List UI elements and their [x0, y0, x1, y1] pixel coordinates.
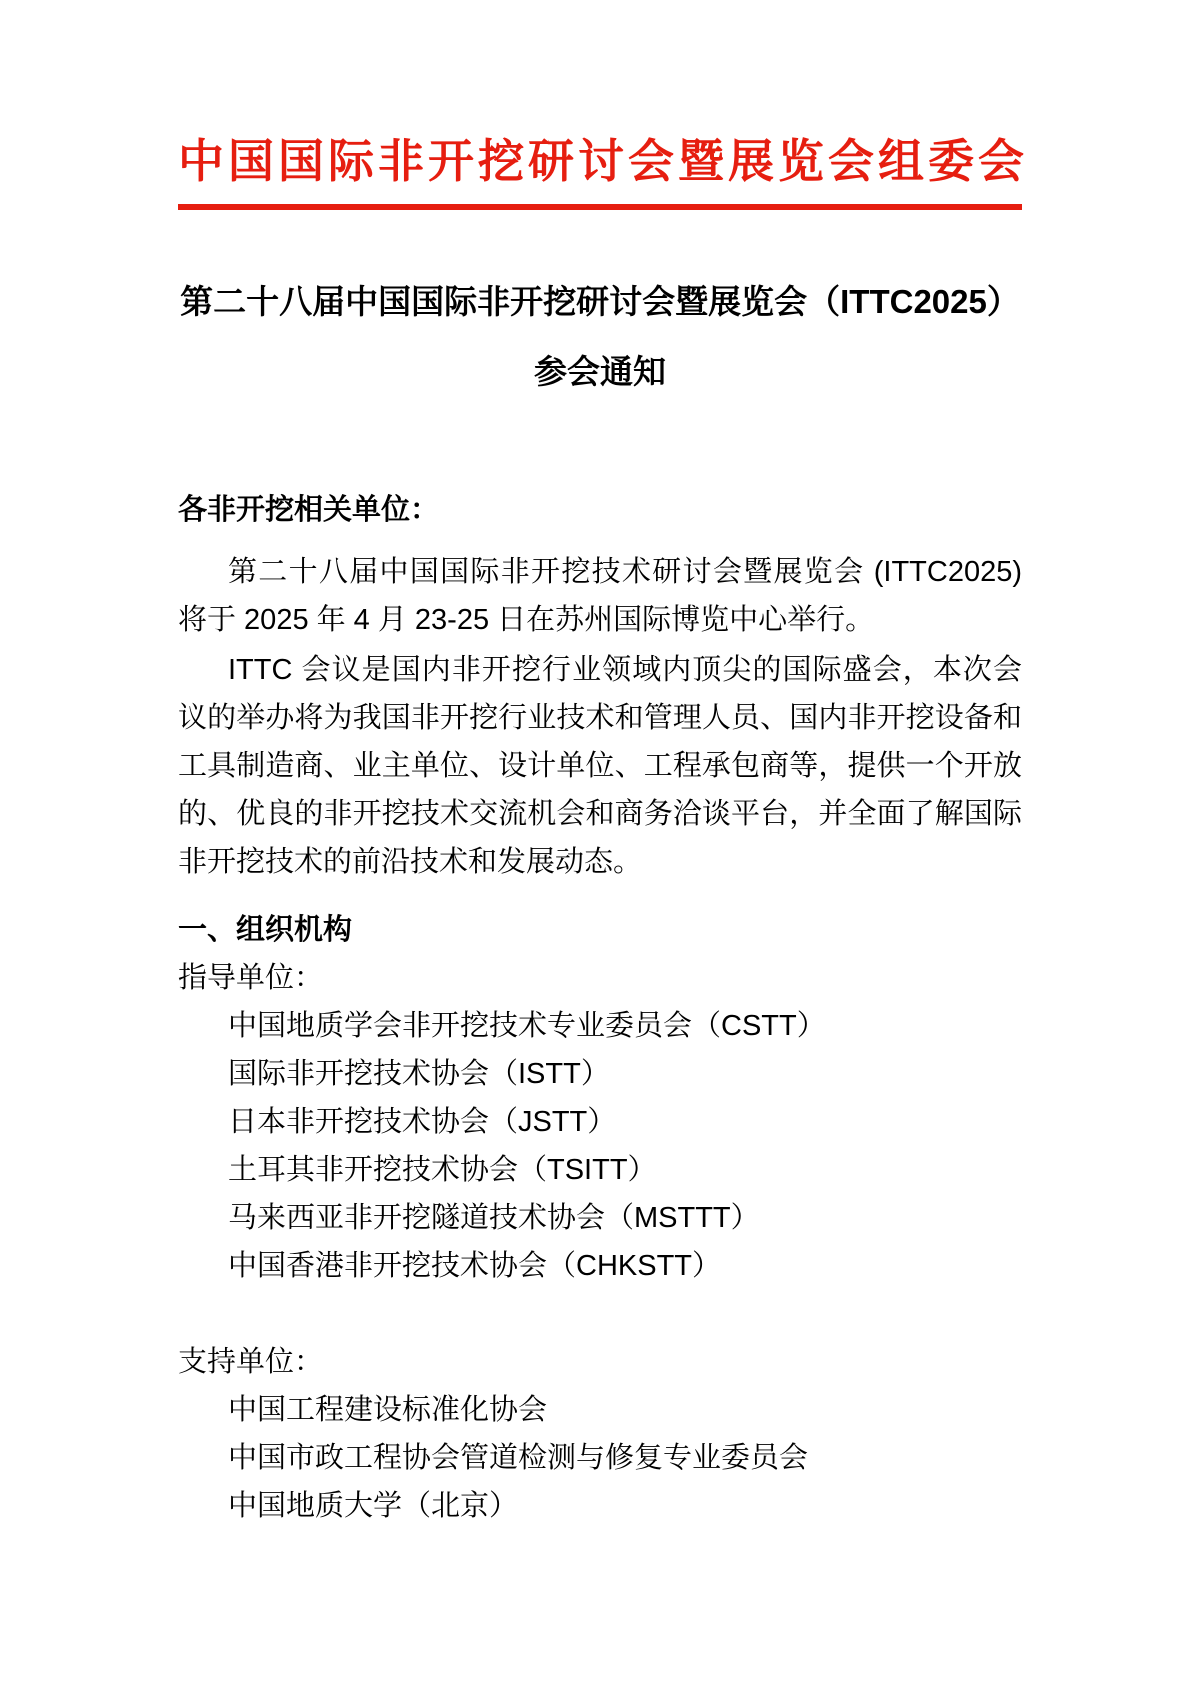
document-page: 中国国际非开挖研讨会暨展览会组委会 第二十八届中国国际非开挖研讨会暨展览会（IT… — [0, 0, 1190, 1682]
header-divider-rule — [178, 204, 1022, 210]
support-units-label: 支持单位： — [178, 1338, 1022, 1386]
guide-units-label: 指导单位： — [178, 954, 1022, 1002]
section-heading-organization: 一、组织机构 — [178, 906, 1022, 954]
blank-line — [178, 1290, 1022, 1338]
doc-title-line1: 第二十八届中国国际非开挖研讨会暨展览会（ITTC2025） — [178, 280, 1022, 324]
support-unit-item: 中国地质大学（北京） — [178, 1482, 1022, 1530]
support-unit-item: 中国市政工程协会管道检测与修复专业委员会 — [178, 1434, 1022, 1482]
guide-unit-list: 中国地质学会非开挖技术专业委员会（CSTT） 国际非开挖技术协会（ISTT） 日… — [178, 1002, 1022, 1290]
org-committee-title: 中国国际非开挖研讨会暨展览会组委会 — [178, 132, 1022, 192]
salutation: 各非开挖相关单位： — [178, 486, 1022, 534]
doc-title: 第二十八届中国国际非开挖研讨会暨展览会（ITTC2025） 参会通知 — [178, 280, 1022, 394]
guide-unit-item: 土耳其非开挖技术协会（TSITT） — [178, 1146, 1022, 1194]
guide-unit-item: 国际非开挖技术协会（ISTT） — [178, 1050, 1022, 1098]
paragraph-intro: 第二十八届中国国际非开挖技术研讨会暨展览会 (ITTC2025) 将于 2025… — [178, 548, 1022, 644]
paragraph-description: ITTC 会议是国内非开挖行业领域内顶尖的国际盛会，本次会议的举办将为我国非开挖… — [178, 646, 1022, 886]
guide-unit-item: 中国香港非开挖技术协会（CHKSTT） — [178, 1242, 1022, 1290]
doc-title-line2: 参会通知 — [178, 350, 1022, 394]
guide-unit-item: 中国地质学会非开挖技术专业委员会（CSTT） — [178, 1002, 1022, 1050]
guide-unit-item: 马来西亚非开挖隧道技术协会（MSTTT） — [178, 1194, 1022, 1242]
guide-unit-item: 日本非开挖技术协会（JSTT） — [178, 1098, 1022, 1146]
support-unit-list: 中国工程建设标准化协会 中国市政工程协会管道检测与修复专业委员会 中国地质大学（… — [178, 1386, 1022, 1530]
support-unit-item: 中国工程建设标准化协会 — [178, 1386, 1022, 1434]
